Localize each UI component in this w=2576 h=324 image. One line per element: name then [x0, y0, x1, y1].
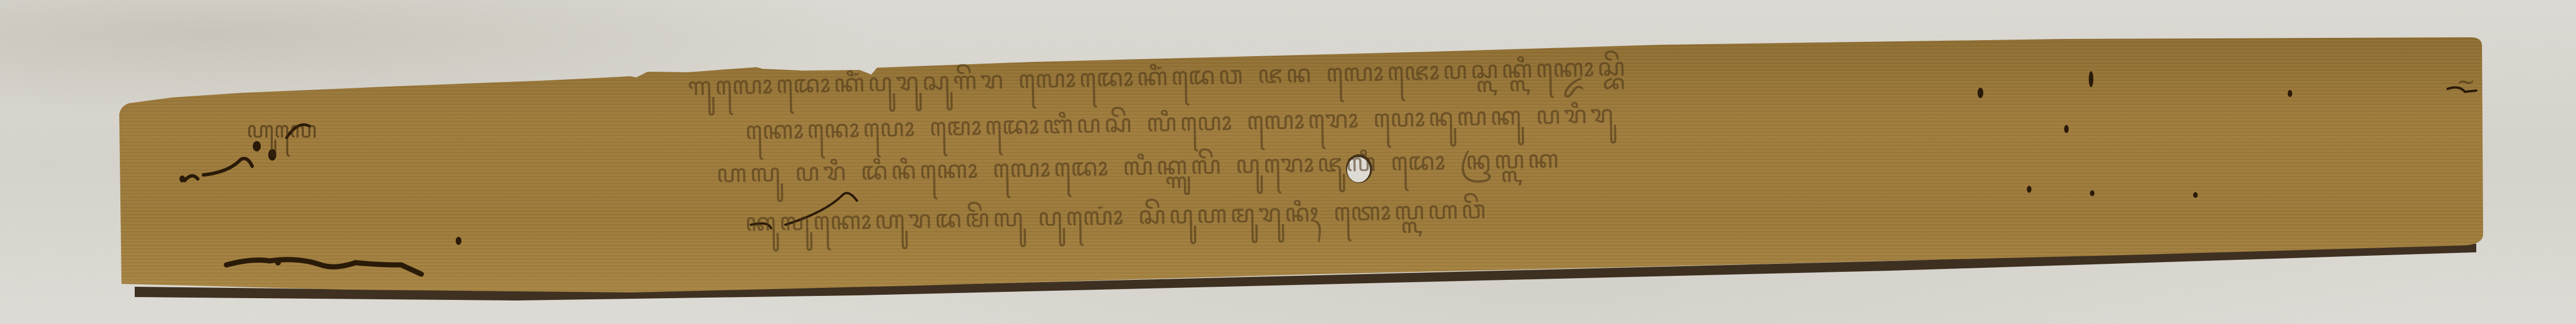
margin-mark-left: ꦲꦸꦭꦺ	[246, 112, 317, 159]
margin-mark-right: ~	[2456, 69, 2476, 95]
